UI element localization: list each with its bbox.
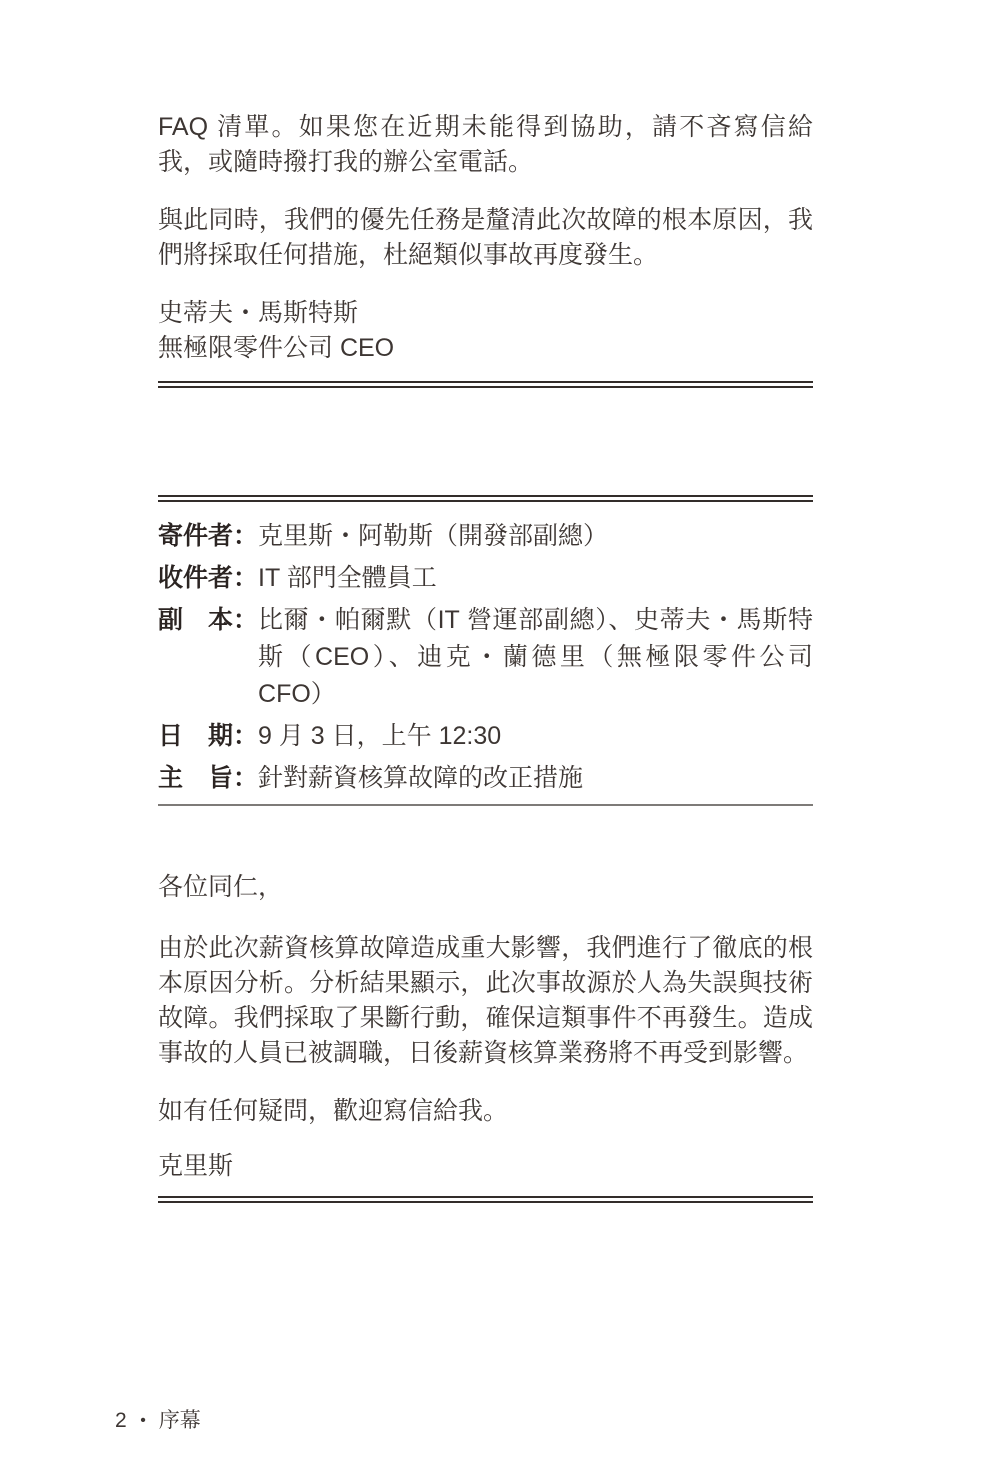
page-footer: 2 • 序幕	[115, 1406, 201, 1436]
email-end-divider	[158, 381, 813, 388]
to-value: IT 部門全體員工	[258, 560, 813, 597]
email-body-paragraph: 由於此次薪資核算故障造成重大影響，我們進行了徹底的根本原因分析。分析結果顯示，此…	[158, 931, 813, 1071]
cc-value: 比爾・帕爾默（IT 營運部副總）、史蒂夫・馬斯特斯（CEO）、迪克・蘭德里（無極…	[258, 602, 813, 713]
prev-email-paragraph-2: 與此同時，我們的優先任務是釐清此次故障的根本原因，我們將採取任何措施，杜絕類似事…	[158, 203, 813, 273]
footer-bullet-icon: •	[140, 1406, 146, 1436]
subject-value: 針對薪資核算故障的改正措施	[258, 760, 813, 797]
page-number: 2	[115, 1406, 127, 1436]
header-body-divider	[158, 804, 813, 806]
email-greeting: 各位同仁，	[158, 870, 813, 905]
email-header-row-date: 日 期： 9 月 3 日，上午 12:30	[158, 718, 813, 755]
email-start-divider	[158, 495, 813, 502]
email-header: 寄件者： 克里斯・阿勒斯（開發部副總） 收件者： IT 部門全體員工 副 本： …	[158, 518, 813, 797]
prev-email-paragraph-1: FAQ 清單。如果您在近期未能得到協助，請不吝寫信給我，或隨時撥打我的辦公室電話…	[158, 110, 813, 180]
email-closing: 如有任何疑問，歡迎寫信給我。	[158, 1094, 813, 1129]
signature-name: 史蒂夫・馬斯特斯	[158, 296, 813, 331]
page-content: FAQ 清單。如果您在近期未能得到協助，請不吝寫信給我，或隨時撥打我的辦公室電話…	[158, 0, 813, 1203]
email-header-row-cc: 副 本： 比爾・帕爾默（IT 營運部副總）、史蒂夫・馬斯特斯（CEO）、迪克・蘭…	[158, 602, 813, 713]
date-label: 日 期：	[158, 718, 258, 755]
from-value: 克里斯・阿勒斯（開發部副總）	[258, 518, 813, 555]
from-label: 寄件者：	[158, 518, 258, 555]
prev-email-signature: 史蒂夫・馬斯特斯 無極限零件公司 CEO	[158, 296, 813, 366]
subject-label: 主 旨：	[158, 760, 258, 797]
email-header-row-to: 收件者： IT 部門全體員工	[158, 560, 813, 597]
date-value: 9 月 3 日，上午 12:30	[258, 718, 813, 755]
email-header-row-subject: 主 旨： 針對薪資核算故障的改正措施	[158, 760, 813, 797]
email-signature: 克里斯	[158, 1149, 813, 1184]
email-end-divider-2	[158, 1196, 813, 1203]
chapter-title: 序幕	[159, 1406, 201, 1436]
cc-label: 副 本：	[158, 602, 258, 713]
book-page: FAQ 清單。如果您在近期未能得到協助，請不吝寫信給我，或隨時撥打我的辦公室電話…	[0, 0, 1000, 1484]
to-label: 收件者：	[158, 560, 258, 597]
signature-title: 無極限零件公司 CEO	[158, 331, 813, 366]
email-header-row-from: 寄件者： 克里斯・阿勒斯（開發部副總）	[158, 518, 813, 555]
